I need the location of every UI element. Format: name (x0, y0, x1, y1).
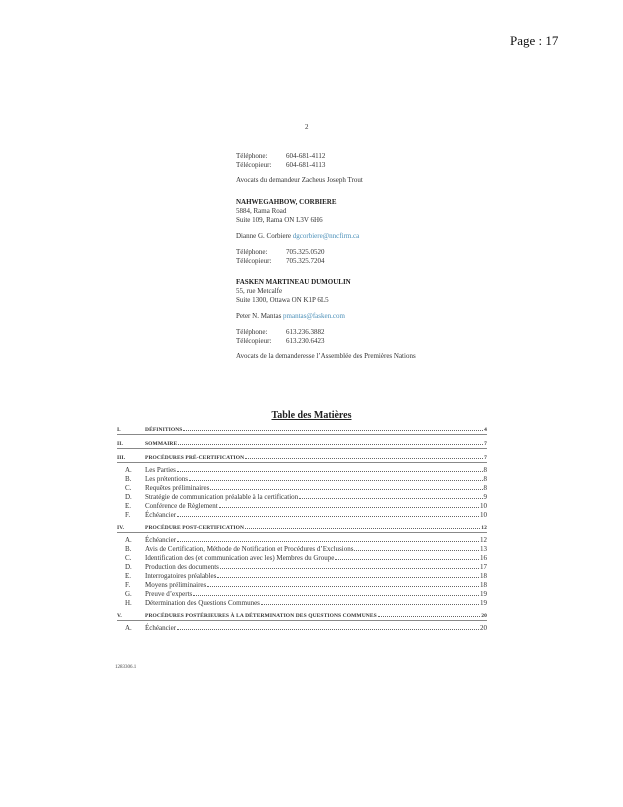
toc-entry-page: 20 (481, 612, 487, 621)
phone-label: Téléphone: (236, 248, 286, 257)
toc-entry[interactable]: A.Les Parties8 (117, 465, 487, 474)
toc-leader-dots (245, 522, 480, 529)
counsel-note: Avocats du demandeur Zacheus Joseph Trou… (236, 176, 363, 185)
toc-entry[interactable]: IV.PROCÉDURE POST-CERTIFICATION12 (117, 522, 487, 531)
toc-entry-page: 17 (480, 563, 487, 572)
toc-entry[interactable]: A.Échéancier12 (117, 535, 487, 544)
toc-entry-title: Échéancier (145, 624, 176, 633)
toc-entry-number: B. (125, 475, 145, 484)
toc-entry-page: 10 (480, 502, 487, 511)
toc-leader-dots (299, 492, 482, 499)
firm-name: NAHWEGAHBOW, CORBIERE (236, 198, 359, 207)
toc-entry[interactable]: A.Échéancier20 (117, 623, 487, 632)
toc-leader-dots (193, 589, 479, 596)
page-indicator: Page : 17 (510, 33, 558, 49)
fax-label: Télécopieur: (236, 257, 286, 266)
toc-entry-page: 19 (480, 590, 487, 599)
firm-address-line2: Suite 109, Rama ON L3V 6H6 (236, 216, 359, 225)
toc-entry-title: Preuve d’experts (145, 590, 192, 599)
toc-entry[interactable]: C.Requêtes préliminaires8 (117, 483, 487, 492)
toc-entry-title: Échéancier (145, 536, 176, 545)
toc-leader-dots (177, 623, 479, 630)
toc-entry-number: I. (117, 426, 145, 435)
firm-address-line1: 5884, Rama Road (236, 207, 359, 216)
phone-label: Téléphone: (236, 152, 286, 161)
toc-entry-page: 4 (484, 426, 487, 435)
toc-entry-number: IV. (117, 524, 145, 533)
toc-entry-page: 13 (480, 545, 487, 554)
toc-leader-dots (207, 580, 479, 587)
toc-leader-dots (378, 610, 481, 617)
toc-entry[interactable]: B.Avis de Certification, Méthode de Noti… (117, 544, 487, 553)
toc-entry-page: 9 (484, 493, 488, 502)
toc-entry[interactable]: I.DÉFINITIONS4 (117, 424, 487, 433)
toc-entry-number: E. (125, 502, 145, 511)
toc-entry-number: F. (125, 581, 145, 590)
toc-entry-number: V. (117, 612, 145, 621)
toc-entry-page: 8 (484, 475, 488, 484)
toc-entry-page: 10 (480, 511, 487, 520)
toc-entry-title: Requêtes préliminaires (145, 484, 209, 493)
firm-address-line1: 55, rue Metcalfe (236, 287, 416, 296)
toc-entry[interactable]: G.Preuve d’experts19 (117, 589, 487, 598)
toc-entry-page: 12 (480, 536, 487, 545)
toc-entry-number: D. (125, 493, 145, 502)
toc-entry-number: E. (125, 572, 145, 581)
toc-entry[interactable]: E.Conférence de Règlement10 (117, 501, 487, 510)
phone-label: Téléphone: (236, 328, 286, 337)
lawyer-email-link[interactable]: pmantas@fasken.com (283, 312, 345, 320)
toc-entry-number: C. (125, 554, 145, 563)
toc-entry-number: II. (117, 440, 145, 449)
toc-entry-title: PROCÉDURE POST-CERTIFICATION (145, 524, 244, 533)
toc-leader-dots (178, 438, 483, 445)
toc-leader-dots (177, 510, 479, 517)
toc-entry-number: G. (125, 590, 145, 599)
toc-title: Table des Matières (0, 410, 623, 421)
toc-entry-title: PROCÉDURES PRÉ-CERTIFICATION (145, 454, 244, 463)
toc-entry-title: PROCÉDURES POSTÉRIEURES À LA DÉTERMINATI… (145, 612, 377, 621)
toc-leader-dots (219, 501, 479, 508)
toc-entry-page: 7 (484, 454, 487, 463)
firm-block-nahwegahbow: NAHWEGAHBOW, CORBIERE 5884, Rama Road Su… (236, 198, 359, 266)
toc-entry-page: 8 (484, 466, 488, 475)
toc-leader-dots (354, 544, 479, 551)
document-page-number: 2 (305, 123, 309, 131)
lawyer-name: Peter N. Mantas (236, 312, 281, 320)
lawyer-line: Peter N. Mantas pmantas@fasken.com (236, 312, 416, 321)
toc-entry-number: H. (125, 599, 145, 608)
toc-leader-dots (220, 562, 479, 569)
toc-entry-title: Détermination des Questions Communes (145, 599, 260, 608)
toc-leader-dots (189, 474, 483, 481)
toc-entry-page: 20 (480, 624, 487, 633)
toc-leader-dots (210, 483, 482, 490)
toc-entry-number: D. (125, 563, 145, 572)
toc-entry-title: Avis de Certification, Méthode de Notifi… (145, 545, 353, 554)
toc-entry-number: A. (125, 624, 145, 633)
fax-label: Télécopieur: (236, 337, 286, 346)
toc-entry-title: Les prétentions (145, 475, 188, 484)
toc-entry-page: 19 (480, 599, 487, 608)
toc-leader-dots (177, 535, 479, 542)
counsel-note: Avocats de la demanderesse l’Assemblée d… (236, 352, 416, 361)
toc-entry[interactable]: C.Identification des (et communication a… (117, 553, 487, 562)
toc-leader-dots (177, 465, 483, 472)
toc-entry[interactable]: II.SOMMAIRE7 (117, 438, 487, 447)
lawyer-name: Dianne G. Corbiere (236, 232, 291, 240)
fax-value: 613.230.6423 (286, 337, 325, 346)
toc-entry-number: A. (125, 466, 145, 475)
toc-leader-dots (183, 424, 483, 431)
lawyer-line: Dianne G. Corbiere dgcorbiere@nncfirm.ca (236, 232, 359, 241)
toc-entry[interactable]: III.PROCÉDURES PRÉ-CERTIFICATION7 (117, 452, 487, 461)
lawyer-email-link[interactable]: dgcorbiere@nncfirm.ca (293, 232, 360, 240)
fax-value: 705.325.7204 (286, 257, 325, 266)
table-of-contents: I.DÉFINITIONS4II.SOMMAIRE7III.PROCÉDURES… (117, 424, 487, 632)
toc-entry[interactable]: F.Échéancier10 (117, 510, 487, 519)
phone-value: 604-681-4112 (286, 152, 325, 161)
contact-block-trout: Téléphone:604-681-4112 Télécopieur:604-6… (236, 152, 363, 185)
fax-label: Télécopieur: (236, 161, 286, 170)
toc-entry[interactable]: E.Interrogatoires préalables18 (117, 571, 487, 580)
document-id: 1283306.1 (115, 665, 136, 670)
toc-entry-page: 18 (480, 581, 487, 590)
toc-entry[interactable]: V.PROCÉDURES POSTÉRIEURES À LA DÉTERMINA… (117, 610, 487, 619)
toc-entry-number: III. (117, 454, 145, 463)
firm-name: FASKEN MARTINEAU DUMOULIN (236, 278, 416, 287)
toc-entry[interactable]: B.Les prétentions8 (117, 474, 487, 483)
toc-entry-number: A. (125, 536, 145, 545)
toc-entry-title: SOMMAIRE (145, 440, 177, 449)
firm-address-line2: Suite 1300, Ottawa ON K1P 6L5 (236, 296, 416, 305)
firm-block-fasken: FASKEN MARTINEAU DUMOULIN 55, rue Metcal… (236, 278, 416, 361)
toc-entry-page: 16 (480, 554, 487, 563)
toc-entry-number: B. (125, 545, 145, 554)
phone-value: 613.236.3882 (286, 328, 325, 337)
toc-entry-title: Échéancier (145, 511, 176, 520)
toc-entry-page: 12 (481, 524, 487, 533)
toc-entry-number: F. (125, 511, 145, 520)
toc-entry-page: 18 (480, 572, 487, 581)
toc-leader-dots (245, 452, 483, 459)
toc-entry[interactable]: F.Moyens préliminaires18 (117, 580, 487, 589)
toc-entry-title: DÉFINITIONS (145, 426, 182, 435)
toc-leader-dots (261, 598, 479, 605)
toc-leader-dots (217, 571, 479, 578)
toc-entry-title: Production des documents (145, 563, 219, 572)
fax-value: 604-681-4113 (286, 161, 325, 170)
phone-value: 705.325.0520 (286, 248, 325, 257)
toc-entry[interactable]: H.Détermination des Questions Communes19 (117, 598, 487, 607)
toc-entry[interactable]: D.Stratégie de communication préalable à… (117, 492, 487, 501)
toc-entry-page: 8 (484, 484, 488, 493)
toc-entry-number: C. (125, 484, 145, 493)
toc-leader-dots (335, 553, 479, 560)
toc-entry-title: Interrogatoires préalables (145, 572, 216, 581)
toc-entry-title: Les Parties (145, 466, 176, 475)
toc-entry-page: 7 (484, 440, 487, 449)
toc-entry[interactable]: D.Production des documents17 (117, 562, 487, 571)
